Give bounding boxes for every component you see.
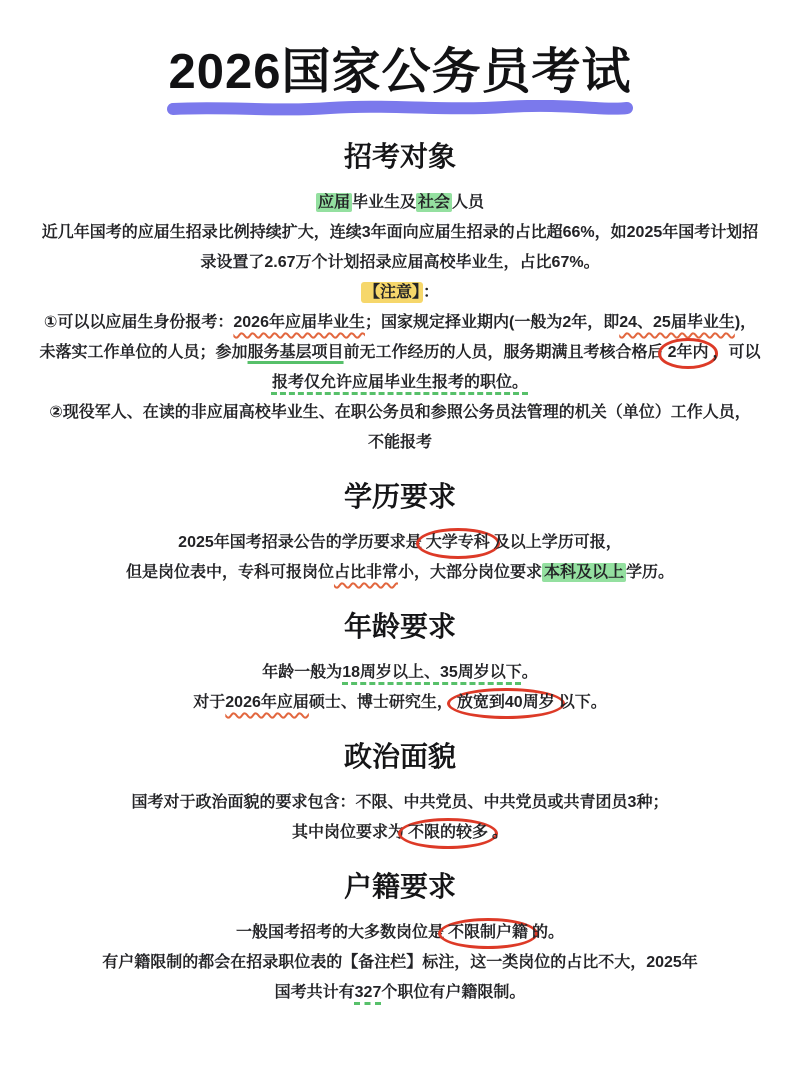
annotation-circle: 放宽到40周岁: [447, 688, 565, 719]
text-segment: 其中岗位要求为: [292, 824, 404, 841]
annotation-circle: 2年内: [658, 338, 719, 369]
annotation-circle: 大学专科: [416, 528, 500, 559]
text-segment: 人员: [452, 194, 484, 211]
section-heading: 户籍要求: [0, 870, 800, 904]
page-title: 2026国家公务员考试: [0, 44, 800, 100]
text-segment: 对于: [193, 694, 225, 711]
text-line: 未落实工作单位的人员；参加服务基层项目前无工作经历的人员，服务期满且考核合格后2…: [0, 338, 800, 368]
text-segment: 。: [492, 824, 508, 841]
text-segment: 及以上学历可报，: [494, 534, 622, 551]
text-segment: ：: [423, 284, 439, 301]
text-line: 有户籍限制的都会在招录职位表的【备注栏】标注，这一类岗位的占比不大，2025年: [0, 948, 800, 978]
section-heading: 政治面貌: [0, 740, 800, 774]
text-segment: 但是岗位表中，专科可报岗位: [126, 564, 334, 581]
text-line: 报考仅允许应届毕业生报考的职位。: [0, 368, 800, 398]
text-line: 近几年国考的应届生招录比例持续扩大，连续3年面向应届生招录的占比超66%，如20…: [0, 218, 800, 248]
text-line: 录设置了2.67万个计划招录应届高校毕业生，占比67%。: [0, 248, 800, 278]
text-segment: 2025年国考招录公告的学历要求是: [178, 534, 422, 551]
annotation-ul-green: 服务基层项目: [248, 344, 344, 361]
annotation-hl-green: 社会: [416, 193, 452, 212]
title-underline-decoration: [165, 100, 635, 118]
text-line: ①可以以应届生身份报考：2026年应届毕业生；国家规定择业期内(一般为2年，即2…: [0, 308, 800, 338]
text-line: 不能报考: [0, 428, 800, 458]
text-line: 2025年国考招录公告的学历要求是大学专科及以上学历可报，: [0, 528, 800, 558]
text-segment: 国考对于政治面貌的要求包含：不限、中共党员、中共党员或共青团员3种；: [132, 794, 669, 811]
text-segment: 国考共计有: [275, 984, 355, 1001]
text-segment: 录设置了2.67万个计划招录应届高校毕业生，占比67%。: [200, 254, 599, 271]
text-line: 应届毕业生及社会人员: [0, 188, 800, 218]
section-lines: 2025年国考招录公告的学历要求是大学专科及以上学历可报，但是岗位表中，专科可报…: [0, 528, 800, 588]
text-segment: ，可以: [712, 344, 760, 361]
text-segment: ；国家规定择业期内(一般为2年，即: [365, 314, 619, 331]
text-segment: 有户籍限制的都会在招录职位表的【备注栏】标注，这一类岗位的占比不大，2025年: [102, 954, 698, 971]
text-line: 一般国考招考的大多数岗位是不限制户籍的。: [0, 918, 800, 948]
section-lines: 一般国考招考的大多数岗位是不限制户籍的。有户籍限制的都会在招录职位表的【备注栏】…: [0, 918, 800, 1008]
annotation-dash-green: 327: [355, 984, 382, 1001]
annotation-hl-green: 应届: [316, 193, 352, 212]
section-lines: 国考对于政治面貌的要求包含：不限、中共党员、中共党员或共青团员3种；其中岗位要求…: [0, 788, 800, 848]
text-segment: 未落实工作单位的人员；参加: [40, 344, 248, 361]
section-heading: 年龄要求: [0, 610, 800, 644]
annotation-circle: 不限的较多: [398, 818, 498, 849]
text-segment: )，: [735, 314, 756, 331]
text-line: 【注意】：: [0, 278, 800, 308]
sections: 招考对象应届毕业生及社会人员近几年国考的应届生招录比例持续扩大，连续3年面向应届…: [0, 140, 800, 1008]
annotation-circle: 不限制户籍: [438, 918, 538, 949]
text-line: 年龄一般为18周岁以上、35周岁以下。: [0, 658, 800, 688]
text-segment: 一般国考招考的大多数岗位是: [236, 924, 444, 941]
annotation-dash-green: 18周岁以上、35周岁以下: [342, 664, 522, 681]
text-segment: 毕业生及: [352, 194, 416, 211]
text-line: 对于2026年应届硕士、博士研究生，放宽到40周岁以下。: [0, 688, 800, 718]
text-line: 其中岗位要求为不限的较多。: [0, 818, 800, 848]
annotation-wavy: 2026年应届: [225, 694, 309, 711]
text-segment: 近几年国考的应届生招录比例持续扩大，连续3年面向应届生招录的占比超66%，如20…: [42, 224, 759, 241]
section-heading: 学历要求: [0, 480, 800, 514]
text-line: 但是岗位表中，专科可报岗位占比非常小，大部分岗位要求本科及以上学历。: [0, 558, 800, 588]
annotation-hl-green: 本科及以上: [542, 563, 626, 582]
section-lines: 应届毕业生及社会人员近几年国考的应届生招录比例持续扩大，连续3年面向应届生招录的…: [0, 188, 800, 458]
text-segment: 以下。: [559, 694, 607, 711]
text-segment: 学历。: [626, 564, 674, 581]
text-segment: 前无工作经历的人员，服务期满且考核合格后: [344, 344, 664, 361]
text-segment: 不能报考: [368, 434, 432, 451]
text-line: ②现役军人、在读的非应届高校毕业生、在职公务员和参照公务员法管理的机关（单位）工…: [0, 398, 800, 428]
text-segment: 年龄一般为: [262, 664, 342, 681]
annotation-hl-yellow: 【注意】: [361, 282, 423, 303]
annotation-wavy: 2026年应届毕业生: [233, 314, 365, 331]
text-segment: 硕士、博士研究生，: [309, 694, 453, 711]
text-segment: ①可以以应届生身份报考：: [44, 314, 234, 331]
annotation-wavy: 24、25届毕业生: [619, 314, 735, 331]
text-segment: 的。: [532, 924, 564, 941]
text-segment: ②现役军人、在读的非应届高校毕业生、在职公务员和参照公务员法管理的机关（单位）工…: [49, 404, 751, 421]
text-segment: 。: [522, 664, 538, 681]
section-heading: 招考对象: [0, 140, 800, 174]
text-line: 国考对于政治面貌的要求包含：不限、中共党员、中共党员或共青团员3种；: [0, 788, 800, 818]
annotation-dash-green: 报考仅允许应届毕业生报考的职位。: [272, 374, 528, 391]
text-line: 国考共计有327个职位有户籍限制。: [0, 978, 800, 1008]
text-segment: 个职位有户籍限制。: [381, 984, 525, 1001]
infographic-page: 2026国家公务员考试 招考对象应届毕业生及社会人员近几年国考的应届生招录比例持…: [0, 0, 800, 1067]
text-segment: 小，大部分岗位要求: [398, 564, 542, 581]
section-lines: 年龄一般为18周岁以上、35周岁以下。对于2026年应届硕士、博士研究生，放宽到…: [0, 658, 800, 718]
annotation-wavy: 占比非常: [334, 564, 398, 581]
